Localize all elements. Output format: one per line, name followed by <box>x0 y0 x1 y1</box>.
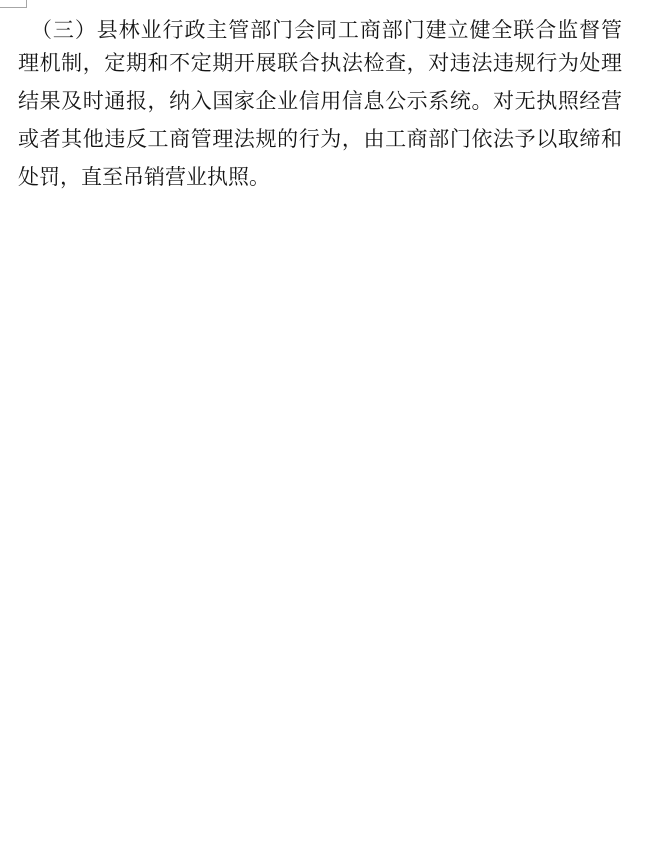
paragraph-section-3: （三）县林业行政主管部门会同工商部门建立健全联合监督管 理机制，定期和不定期开展… <box>18 0 622 841</box>
paragraph-line: 处罚，直至吊销营业执照。 <box>18 166 622 189</box>
paragraph-line: 或者其他违反工商管理法规的行为，由工商部门依法予以取缔和 <box>18 128 622 151</box>
paragraph-line: 结果及时通报，纳入国家企业信用信息公示系统。对无执照经营 <box>18 90 622 113</box>
paragraph-line: 理机制，定期和不定期开展联合执法检查，对违法违规行为处理 <box>18 52 622 75</box>
document-page: （三）县林业行政主管部门会同工商部门建立健全联合监督管 理机制，定期和不定期开展… <box>0 0 666 841</box>
paragraph-line: （三）县林业行政主管部门会同工商部门建立健全联合监督管 <box>18 19 622 42</box>
